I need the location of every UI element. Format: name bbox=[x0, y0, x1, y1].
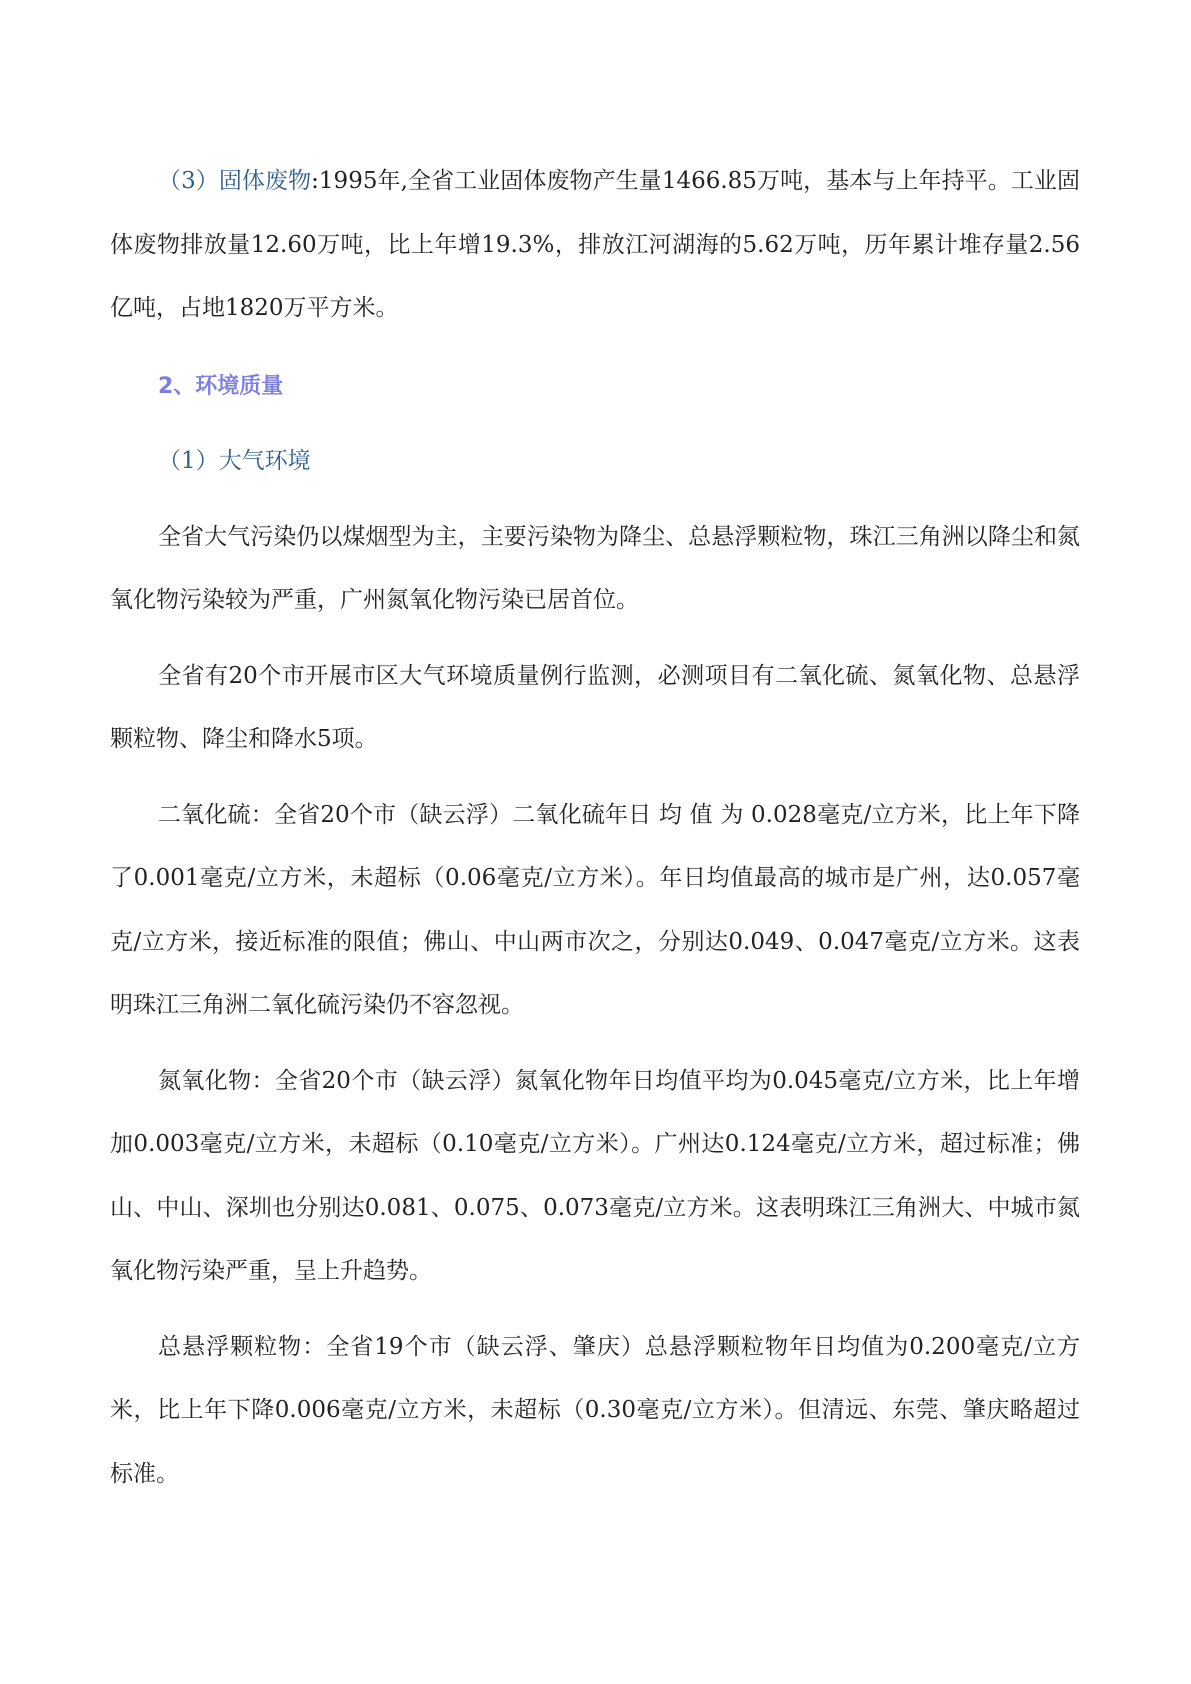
document-page: （3）固体废物:1995年,全省工业固体废物产生量1466.85万吨，基本与上年… bbox=[110, 150, 1080, 1518]
paragraph-nitrogen-oxides: 氮氧化物：全省20个市（缺云浮）氮氧化物年日均值平均为0.045毫克/立方米，比… bbox=[110, 1050, 1080, 1304]
solid-waste-paragraph: （3）固体废物:1995年,全省工业固体废物产生量1466.85万吨，基本与上年… bbox=[110, 150, 1080, 341]
solid-waste-label: （3）固体废物 bbox=[158, 168, 311, 194]
paragraph-suspended-particulates: 总悬浮颗粒物：全省19个市（缺云浮、肇庆）总悬浮颗粒物年日均值为0.200毫克/… bbox=[110, 1316, 1080, 1507]
section-heading: 2、环境质量 bbox=[110, 355, 1080, 419]
paragraph-air-overview: 全省大气污染仍以煤烟型为主，主要污染物为降尘、总悬浮颗粒物，珠江三角洲以降尘和氮… bbox=[110, 506, 1080, 633]
subsection-heading: （1）大气环境 bbox=[110, 430, 1080, 494]
paragraph-monitoring: 全省有20个市开展市区大气环境质量例行监测，必测项目有二氧化硫、氮氧化物、总悬浮… bbox=[110, 645, 1080, 772]
paragraph-sulfur-dioxide: 二氧化硫：全省20个市（缺云浮）二氧化硫年日 均 值 为 0.028毫克/立方米… bbox=[110, 784, 1080, 1038]
